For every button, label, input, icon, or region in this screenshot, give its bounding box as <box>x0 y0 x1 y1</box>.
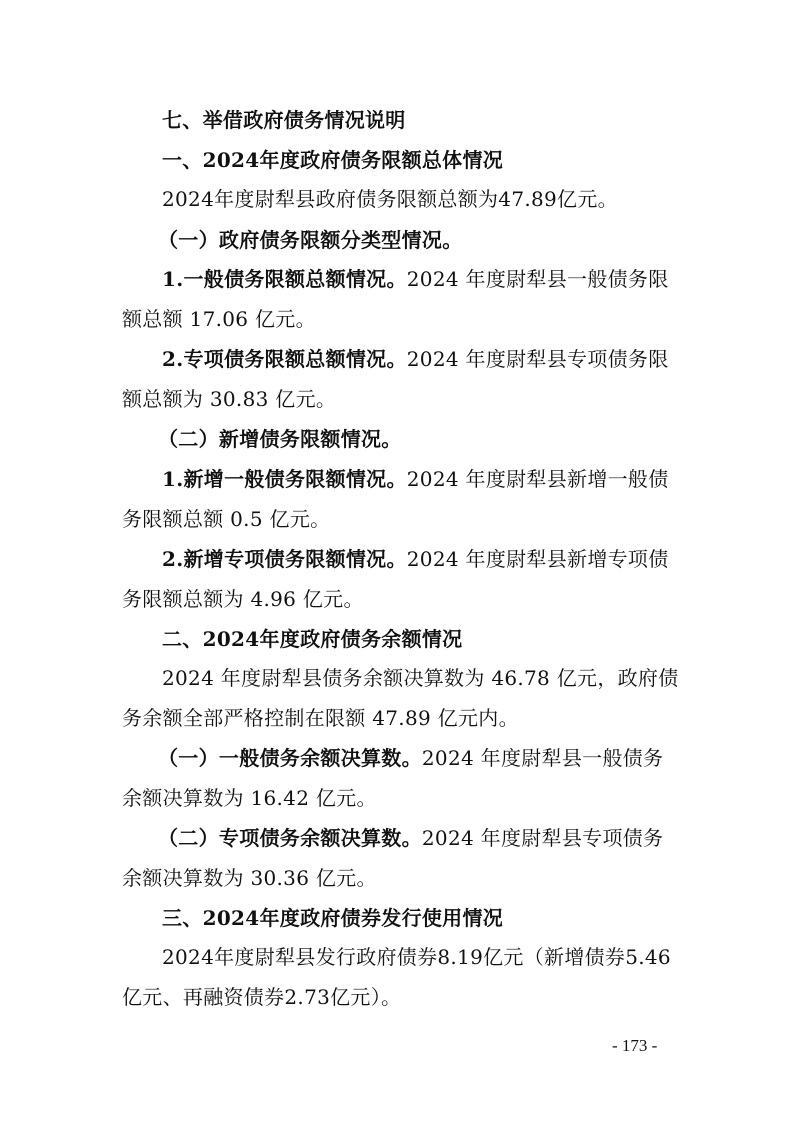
part2-item1: （一）一般债务余额决算数。2024 年度尉犁县一般债务 <box>158 744 663 772</box>
part2-item2: （二）专项债务余额决算数。2024 年度尉犁县专项债务 <box>158 824 663 852</box>
part1-sub2-item2-cont: 务限额总额为 4.96 亿元。 <box>122 585 364 613</box>
item-text: 2024 年度尉犁县新增专项债 <box>407 547 669 571</box>
item-label: （一）一般债务余额决算数。 <box>158 746 422 770</box>
part3-heading: 三、2024年度政府债券发行使用情况 <box>162 904 503 932</box>
part2-heading: 二、2024年度政府债务余额情况 <box>162 625 462 653</box>
part3-text: 2024年度尉犁县发行政府债券8.19亿元（新增债券5.46 <box>162 943 671 971</box>
item-text: 2024 年度尉犁县专项债务 <box>422 826 663 850</box>
part1-sub2-heading: （二）新增债务限额情况。 <box>158 425 402 453</box>
item-label: 2.专项债务限额总额情况。 <box>162 347 407 371</box>
document-page: 七、举借政府债务情况说明 一、2024年度政府债务限额总体情况 2024年度尉犁… <box>0 0 793 1122</box>
part2-item1-cont: 余额决算数为 16.42 亿元。 <box>122 784 377 812</box>
item-text: 2024 年度尉犁县一般债务限 <box>407 267 669 291</box>
part1-sub2-item2: 2.新增专项债务限额情况。2024 年度尉犁县新增专项债 <box>162 545 669 573</box>
item-label: 1.一般债务限额总额情况。 <box>162 267 407 291</box>
part1-sub1-item2-cont: 额总额为 30.83 亿元。 <box>122 385 336 413</box>
part1-sub1-item1: 1.一般债务限额总额情况。2024 年度尉犁县一般债务限 <box>162 265 669 293</box>
part2-item2-cont: 余额决算数为 30.36 亿元。 <box>122 864 377 892</box>
part1-sub1-item1-cont: 额总额 17.06 亿元。 <box>122 305 316 333</box>
part1-summary: 2024年度尉犁县政府债务限额总额为47.89亿元。 <box>162 185 618 213</box>
item-label: （二）专项债务余额决算数。 <box>158 826 422 850</box>
item-label: 2.新增专项债务限额情况。 <box>162 547 407 571</box>
page-number: - 173 - <box>612 1036 657 1056</box>
item-text: 2024 年度尉犁县专项债务限 <box>407 347 669 371</box>
part1-sub1-heading: （一）政府债务限额分类型情况。 <box>158 226 463 254</box>
part2-summary: 2024 年度尉犁县债务余额决算数为 46.78 亿元，政府债 <box>162 664 679 692</box>
item-label: 1.新增一般债务限额情况。 <box>162 467 407 491</box>
part1-sub1-item2: 2.专项债务限额总额情况。2024 年度尉犁县专项债务限 <box>162 345 669 373</box>
part2-summary-cont: 务余额全部严格控制在限额 47.89 亿元内。 <box>122 704 519 732</box>
part3-text-cont: 亿元、再融资债券2.73亿元）。 <box>122 983 401 1011</box>
section-title: 七、举借政府债务情况说明 <box>162 106 406 134</box>
part1-sub2-item1-cont: 务限额总额 0.5 亿元。 <box>122 505 330 533</box>
item-text: 2024 年度尉犁县新增一般债 <box>407 467 669 491</box>
item-text: 2024 年度尉犁县一般债务 <box>422 746 663 770</box>
part1-heading: 一、2024年度政府债务限额总体情况 <box>162 146 503 174</box>
part1-sub2-item1: 1.新增一般债务限额情况。2024 年度尉犁县新增一般债 <box>162 465 669 493</box>
